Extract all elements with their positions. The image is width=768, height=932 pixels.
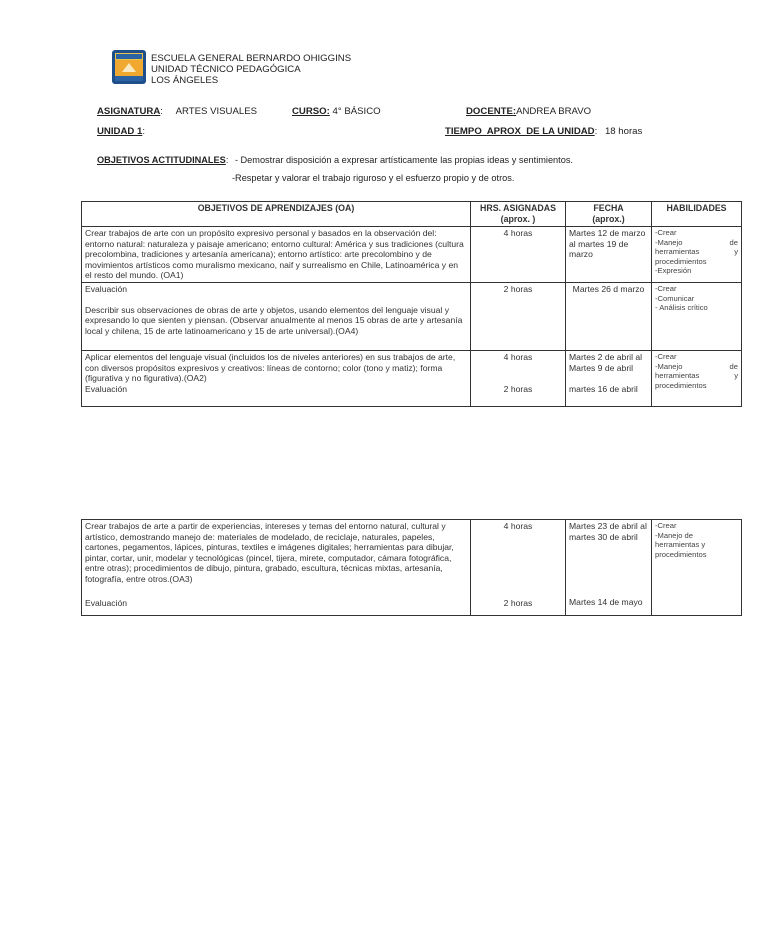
- oa-cell: Aplicar elementos del lenguaje visual (i…: [82, 351, 471, 407]
- skills-cell: -Crear -Comunicar - Análisis crítico: [652, 283, 742, 351]
- school-name: ESCUELA GENERAL BERNARDO OHIGGINS: [151, 53, 351, 64]
- hrs-cell: 4 horas 2 horas: [471, 520, 566, 616]
- asignatura-field: ASIGNATURA: ARTES VISUALES: [97, 106, 257, 117]
- skills-cell: -Crear -Manejode herramientasy procedimi…: [652, 351, 742, 407]
- header-fecha: FECHA(aprox.): [566, 202, 652, 227]
- planning-table-continued: Crear trabajos de arte a partir de exper…: [81, 519, 742, 616]
- objetivos-field: OBJETIVOS ACTITUDINALES: - Demostrar dis…: [97, 155, 573, 165]
- docente-value: ANDREA BRAVO: [516, 106, 591, 117]
- curso-label: CURSO:: [292, 106, 330, 117]
- curso-field: CURSO: 4° BÁSICO: [292, 106, 381, 117]
- hrs-cell: 4 horas: [471, 227, 566, 283]
- tiempo-field: TIEMPO APROX DE LA UNIDAD: 18 horas: [445, 126, 642, 137]
- docente-label: DOCENTE:: [466, 106, 516, 117]
- fecha-cell: Martes 23 de abril al martes 30 de abril…: [566, 520, 652, 616]
- hrs-cell: 2 horas: [471, 283, 566, 351]
- objetivo-1: - Demostrar disposición a expresar artís…: [235, 155, 573, 165]
- fecha-cell: Martes 2 de abril al Martes 9 de abril m…: [566, 351, 652, 407]
- objetivo-2: -Respetar y valorar el trabajo riguroso …: [232, 173, 514, 183]
- school-header: ESCUELA GENERAL BERNARDO OHIGGINS UNIDAD…: [151, 53, 351, 86]
- asignatura-value: ARTES VISUALES: [176, 106, 257, 117]
- header-oa: OBJETIVOS DE APRENDIZAJES (OA): [82, 202, 471, 227]
- unidad-label: UNIDAD 1: [97, 126, 142, 137]
- table-row: Crear trabajos de arte con un propósito …: [82, 227, 742, 283]
- oa-cell: Evaluación Describir sus observaciones d…: [82, 283, 471, 351]
- header-hrs: HRS. ASIGNADAS(aprox. ): [471, 202, 566, 227]
- header-habilidades: HABILIDADES: [652, 202, 742, 227]
- fecha-cell: Martes 26 d marzo: [566, 283, 652, 351]
- table-row: Aplicar elementos del lenguaje visual (i…: [82, 351, 742, 407]
- unidad-field: UNIDAD 1:: [97, 126, 145, 137]
- tiempo-label: TIEMPO APROX DE LA UNIDAD: [445, 126, 595, 137]
- table-header-row: OBJETIVOS DE APRENDIZAJES (OA) HRS. ASIG…: [82, 202, 742, 227]
- skills-cell: -Crear -Manejo de herramientas y procedi…: [652, 520, 742, 616]
- tiempo-value: 18 horas: [605, 126, 642, 137]
- objetivos-label: OBJETIVOS ACTITUDINALES: [97, 155, 226, 165]
- city-name: LOS ÁNGELES: [151, 75, 351, 86]
- oa-cell: Crear trabajos de arte con un propósito …: [82, 227, 471, 283]
- curso-value: 4° BÁSICO: [333, 106, 381, 117]
- school-crest-icon: [112, 50, 146, 84]
- docente-field: DOCENTE:ANDREA BRAVO: [466, 106, 591, 117]
- fecha-cell: Martes 12 de marzo al martes 19 de marzo: [566, 227, 652, 283]
- table-row: Crear trabajos de arte a partir de exper…: [82, 520, 742, 616]
- asignatura-label: ASIGNATURA: [97, 106, 160, 117]
- oa-cell: Crear trabajos de arte a partir de exper…: [82, 520, 471, 616]
- planning-table: OBJETIVOS DE APRENDIZAJES (OA) HRS. ASIG…: [81, 201, 742, 407]
- skills-cell: -Crear -Manejode herramientasy procedimi…: [652, 227, 742, 283]
- department-name: UNIDAD TÉCNICO PEDAGÓGICA: [151, 64, 351, 75]
- hrs-cell: 4 horas 2 horas: [471, 351, 566, 407]
- table-row: Evaluación Describir sus observaciones d…: [82, 283, 742, 351]
